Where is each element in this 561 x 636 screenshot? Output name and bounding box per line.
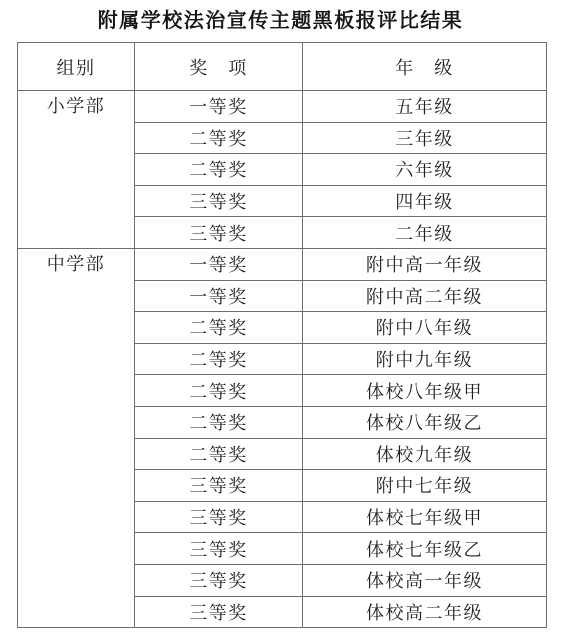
award-cell: 二等奖 xyxy=(135,375,303,407)
grade-cell: 四年级 xyxy=(303,185,547,217)
grade-cell: 六年级 xyxy=(303,154,547,186)
header-grade: 年 级 xyxy=(303,43,547,91)
award-cell: 三等奖 xyxy=(135,501,303,533)
grade-cell: 附中八年级 xyxy=(303,312,547,344)
award-cell: 一等奖 xyxy=(135,248,303,280)
results-table: 组别 奖 项 年 级 小学部一等奖五年级二等奖三年级二等奖六年级三等奖四年级三等… xyxy=(17,42,547,628)
group-cell: 小学部 xyxy=(18,91,135,249)
award-cell: 一等奖 xyxy=(135,91,303,123)
award-cell: 二等奖 xyxy=(135,438,303,470)
grade-cell: 附中七年级 xyxy=(303,470,547,502)
grade-cell: 三年级 xyxy=(303,122,547,154)
award-cell: 二等奖 xyxy=(135,406,303,438)
grade-cell: 体校八年级甲 xyxy=(303,375,547,407)
table-body: 小学部一等奖五年级二等奖三年级二等奖六年级三等奖四年级三等奖二年级中学部一等奖附… xyxy=(18,91,547,628)
grade-cell: 附中九年级 xyxy=(303,343,547,375)
grade-cell: 二年级 xyxy=(303,217,547,249)
award-cell: 三等奖 xyxy=(135,217,303,249)
award-cell: 二等奖 xyxy=(135,122,303,154)
grade-cell: 体校高一年级 xyxy=(303,564,547,596)
grade-cell: 体校高二年级 xyxy=(303,596,547,628)
award-cell: 二等奖 xyxy=(135,312,303,344)
table-row: 中学部一等奖附中高一年级 xyxy=(18,248,547,280)
award-cell: 三等奖 xyxy=(135,533,303,565)
award-cell: 三等奖 xyxy=(135,564,303,596)
grade-cell: 体校八年级乙 xyxy=(303,406,547,438)
award-cell: 二等奖 xyxy=(135,154,303,186)
document-page: 附属学校法治宣传主题黑板报评比结果 组别 奖 项 年 级 小学部一等奖五年级二等… xyxy=(0,0,561,636)
grade-cell: 附中高二年级 xyxy=(303,280,547,312)
page-title: 附属学校法治宣传主题黑板报评比结果 xyxy=(0,7,561,34)
grade-cell: 五年级 xyxy=(303,91,547,123)
grade-cell: 体校七年级甲 xyxy=(303,501,547,533)
award-cell: 三等奖 xyxy=(135,596,303,628)
award-cell: 三等奖 xyxy=(135,470,303,502)
table-row: 小学部一等奖五年级 xyxy=(18,91,547,123)
grade-cell: 附中高一年级 xyxy=(303,248,547,280)
grade-cell: 体校九年级 xyxy=(303,438,547,470)
header-award: 奖 项 xyxy=(135,43,303,91)
award-cell: 三等奖 xyxy=(135,185,303,217)
header-row: 组别 奖 项 年 级 xyxy=(18,43,547,91)
award-cell: 二等奖 xyxy=(135,343,303,375)
grade-cell: 体校七年级乙 xyxy=(303,533,547,565)
header-group: 组别 xyxy=(18,43,135,91)
group-cell: 中学部 xyxy=(18,248,135,627)
award-cell: 一等奖 xyxy=(135,280,303,312)
